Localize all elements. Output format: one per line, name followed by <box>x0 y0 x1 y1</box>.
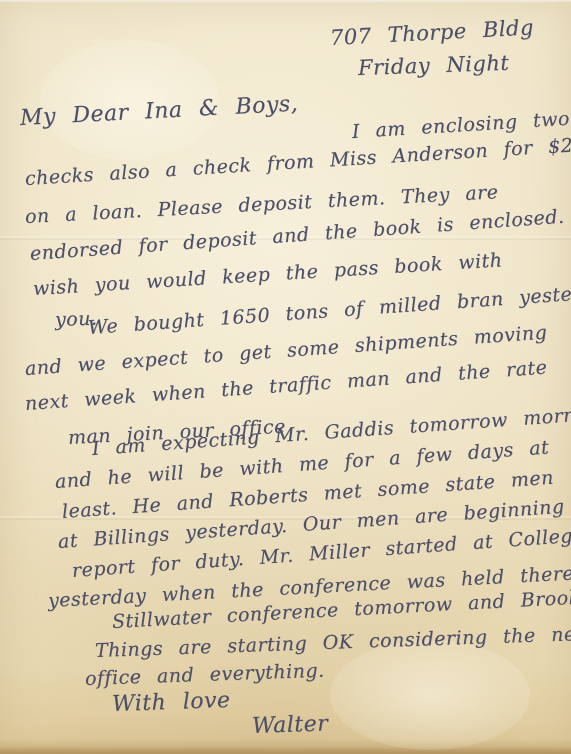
paper-top-edge <box>0 0 571 3</box>
heading-date: Friday Night <box>358 51 510 80</box>
paper-blotch <box>330 640 530 750</box>
closing: With love <box>112 688 231 717</box>
paper-bottom-edge <box>0 747 571 754</box>
body-line: office and everything. <box>85 660 325 690</box>
letter-page: 707 Thorpe Bldg Friday Night My Dear Ina… <box>0 0 571 754</box>
signature: Walter <box>252 711 329 739</box>
heading-address: 707 Thorpe Bldg <box>329 15 534 50</box>
